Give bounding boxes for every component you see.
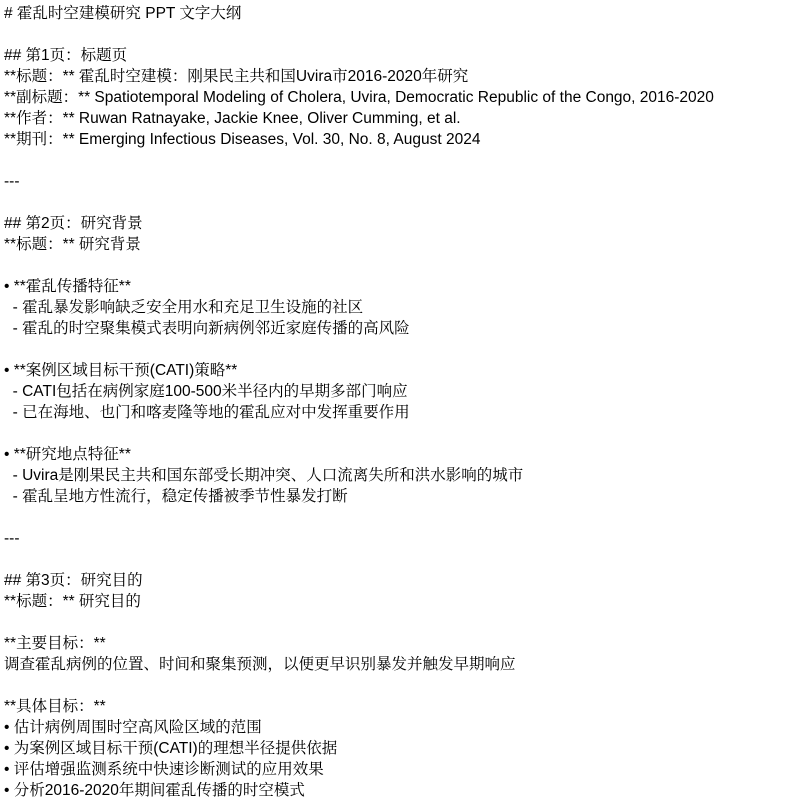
- text-line: - 霍乱暴发影响缺乏安全用水和充足卫生设施的社区: [4, 297, 805, 318]
- text-line: ## 第3页：研究目的: [4, 570, 805, 591]
- text-line: [4, 507, 805, 528]
- text-line: **标题：** 研究目的: [4, 591, 805, 612]
- text-line: • **案例区域目标干预(CATI)策略**: [4, 360, 805, 381]
- text-line: • 分析2016-2020年期间霍乱传播的时空模式: [4, 780, 805, 801]
- text-line: [4, 192, 805, 213]
- text-line: - 已在海地、也门和喀麦隆等地的霍乱应对中发挥重要作用: [4, 402, 805, 423]
- text-line: ## 第1页：标题页: [4, 45, 805, 66]
- text-line: **副标题：** Spatiotemporal Modeling of Chol…: [4, 87, 805, 108]
- text-line: [4, 24, 805, 45]
- text-line: ## 第2页：研究背景: [4, 213, 805, 234]
- text-line: **作者：** Ruwan Ratnayake, Jackie Knee, Ol…: [4, 108, 805, 129]
- text-line: [4, 549, 805, 570]
- text-line: - 霍乱呈地方性流行，稳定传播被季节性暴发打断: [4, 486, 805, 507]
- text-line: • **研究地点特征**: [4, 444, 805, 465]
- text-line: **标题：** 研究背景: [4, 234, 805, 255]
- text-line: ---: [4, 528, 805, 549]
- text-line: • 评估增强监测系统中快速诊断测试的应用效果: [4, 759, 805, 780]
- text-line: 调查霍乱病例的位置、时间和聚集预测，以便更早识别暴发并触发早期响应: [4, 654, 805, 675]
- text-line: **期刊：** Emerging Infectious Diseases, Vo…: [4, 129, 805, 150]
- text-line: [4, 150, 805, 171]
- text-line: ---: [4, 171, 805, 192]
- text-line: [4, 255, 805, 276]
- text-line: • 估计病例周围时空高风险区域的范围: [4, 717, 805, 738]
- text-line: # 霍乱时空建模研究 PPT 文字大纲: [4, 3, 805, 24]
- text-line: [4, 612, 805, 633]
- text-line: • 为案例区域目标干预(CATI)的理想半径提供依据: [4, 738, 805, 759]
- text-line: - Uvira是刚果民主共和国东部受长期冲突、人口流离失所和洪水影响的城市: [4, 465, 805, 486]
- text-line: **主要目标：**: [4, 633, 805, 654]
- text-line: [4, 423, 805, 444]
- text-line: • **霍乱传播特征**: [4, 276, 805, 297]
- document-text-body: # 霍乱时空建模研究 PPT 文字大纲## 第1页：标题页**标题：** 霍乱时…: [0, 0, 809, 801]
- text-line: **标题：** 霍乱时空建模：刚果民主共和国Uvira市2016-2020年研究: [4, 66, 805, 87]
- text-line: [4, 675, 805, 696]
- text-line: **具体目标：**: [4, 696, 805, 717]
- text-line: - CATI包括在病例家庭100-500米半径内的早期多部门响应: [4, 381, 805, 402]
- text-line: - 霍乱的时空聚集模式表明向新病例邻近家庭传播的高风险: [4, 318, 805, 339]
- text-line: [4, 339, 805, 360]
